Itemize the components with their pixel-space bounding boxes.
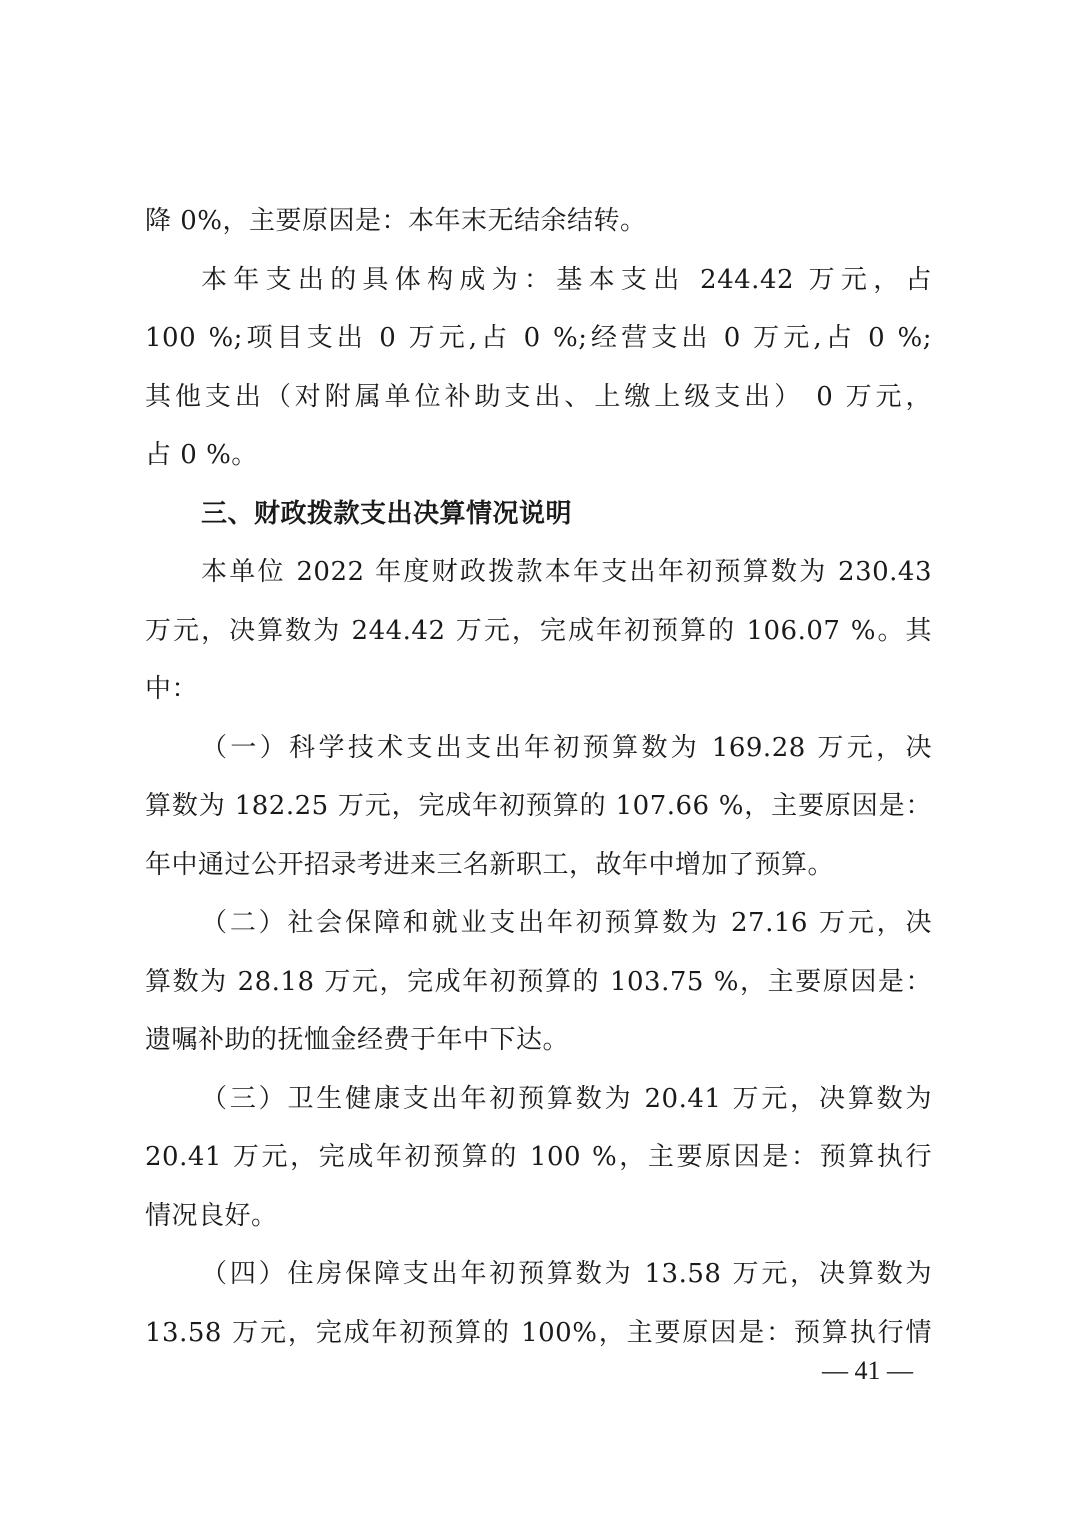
- paragraph-item-health: （三）卫生健康支出年初预算数为 20.41 万元，决算数为 20.41 万元，完…: [145, 1070, 932, 1246]
- text-line: 13.58 万元，完成年初预算的 100%，主要原因是：预算执行情: [145, 1304, 932, 1363]
- text-line: （一）科学技术支出支出年初预算数为 169.28 万元，决: [145, 719, 932, 778]
- section-heading: 三、财政拨款支出决算情况说明: [145, 485, 932, 544]
- paragraph-carryover: 降 0%，主要原因是：本年末无结余结转。: [145, 192, 932, 251]
- document-page-body: 降 0%，主要原因是：本年末无结余结转。 本年支出的具体构成为：基本支出 244…: [145, 192, 932, 1362]
- text-line: （四）住房保障支出年初预算数为 13.58 万元，决算数为: [145, 1245, 932, 1304]
- text-line: 年中通过公开招录考进来三名新职工，故年中增加了预算。: [145, 836, 932, 895]
- paragraph-expense-composition: 本年支出的具体构成为：基本支出 244.42 万元，占 100 %;项目支出 0…: [145, 251, 932, 485]
- text-line: 100 %;项目支出 0 万元,占 0 %;经营支出 0 万元,占 0 %;: [145, 309, 932, 368]
- text-line: 算数为 182.25 万元，完成年初预算的 107.66 %，主要原因是：: [145, 777, 932, 836]
- text-line: （三）卫生健康支出年初预算数为 20.41 万元，决算数为: [145, 1070, 932, 1129]
- paragraph-item-housing: （四）住房保障支出年初预算数为 13.58 万元，决算数为 13.58 万元，完…: [145, 1245, 932, 1362]
- text-line: 占 0 %。: [145, 426, 932, 485]
- text-line: （二）社会保障和就业支出年初预算数为 27.16 万元，决: [145, 894, 932, 953]
- paragraph-item-social-security: （二）社会保障和就业支出年初预算数为 27.16 万元，决 算数为 28.18 …: [145, 894, 932, 1070]
- text-line: 20.41 万元，完成年初预算的 100 %，主要原因是：预算执行: [145, 1128, 932, 1187]
- text-line: 算数为 28.18 万元，完成年初预算的 103.75 %，主要原因是：: [145, 953, 932, 1012]
- paragraph-item-science: （一）科学技术支出支出年初预算数为 169.28 万元，决 算数为 182.25…: [145, 719, 932, 895]
- paragraph-fiscal-summary: 本单位 2022 年度财政拨款本年支出年初预算数为 230.43 万元，决算数为…: [145, 543, 932, 719]
- text-line: 遗嘱补助的抚恤金经费于年中下达。: [145, 1011, 932, 1070]
- page-number: — 41 —: [822, 1356, 913, 1386]
- text-line: 本年支出的具体构成为：基本支出 244.42 万元，占: [145, 251, 932, 310]
- text-line: 情况良好。: [145, 1187, 932, 1246]
- heading-text: 三、财政拨款支出决算情况说明: [145, 485, 932, 544]
- text-line: 其他支出（对附属单位补助支出、上缴上级支出） 0 万元，: [145, 368, 932, 427]
- text-line: 中：: [145, 660, 932, 719]
- text-line: 降 0%，主要原因是：本年末无结余结转。: [145, 192, 932, 251]
- text-line: 万元，决算数为 244.42 万元，完成年初预算的 106.07 %。其: [145, 602, 932, 661]
- text-line: 本单位 2022 年度财政拨款本年支出年初预算数为 230.43: [145, 543, 932, 602]
